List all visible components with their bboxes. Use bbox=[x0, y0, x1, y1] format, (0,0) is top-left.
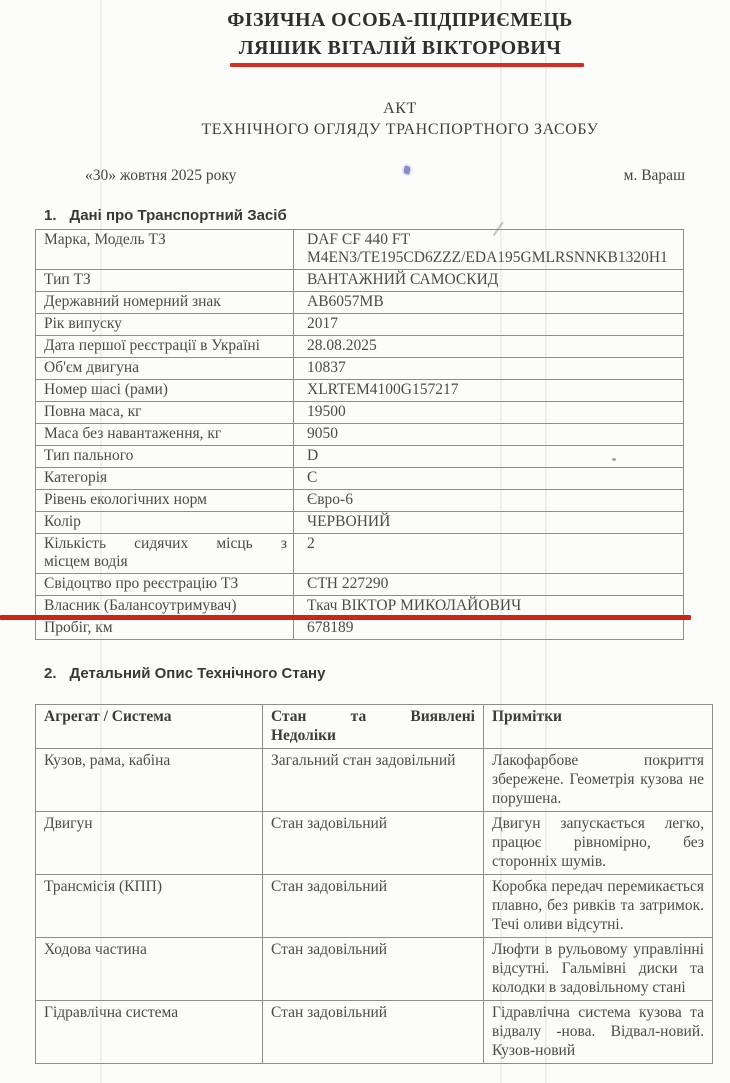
cell-system: Ходова частина bbox=[36, 938, 263, 1001]
cell-system: Гідравлічна система bbox=[36, 1001, 263, 1064]
row-label: Тип пального bbox=[36, 446, 294, 468]
cell-notes: Гідравлічна система кузова та відвалу -н… bbox=[484, 1001, 713, 1064]
row-value: 2 bbox=[294, 534, 684, 574]
col-header-condition: Стан та Виявлені Недоліки bbox=[263, 705, 484, 749]
row-label: Номер шасі (рами) bbox=[36, 380, 294, 402]
row-value: C bbox=[294, 468, 684, 490]
section2-title: Детальний Опис Технічного Стану bbox=[70, 664, 326, 684]
cell-notes: Двигун запускається легко, працює рівном… bbox=[484, 812, 713, 875]
table-header-row: Агрегат / Система Стан та Виявлені Недол… bbox=[36, 705, 713, 749]
cell-notes: Коробка передач перемикається плавно, бе… bbox=[484, 875, 713, 938]
row-value: 28.08.2025 bbox=[294, 336, 684, 358]
cell-condition: Стан задовільний bbox=[263, 938, 484, 1001]
row-label: Пробіг, км bbox=[36, 618, 294, 640]
row-label: Власник (Балансоутримувач) bbox=[36, 596, 294, 618]
section1-number: 1. bbox=[44, 206, 57, 226]
section1-heading: 1.Дані про Транспортний Засіб bbox=[44, 206, 730, 226]
col-header-condition-line2: Недоліки bbox=[271, 726, 475, 745]
table-row: Колір ЧЕРВОНИЙ bbox=[36, 512, 684, 534]
vehicle-vin-code: M4EN3/TE195CD6ZZZ/EDA195GMLRSNNKB1320H1 bbox=[307, 249, 677, 267]
letterhead-entrepreneur-name: ЛЯШИК ВІТАЛІЙ ВІКТОРОВИЧ bbox=[70, 36, 730, 60]
table-row: Маса без навантаження, кг 9050 bbox=[36, 424, 684, 446]
cell-notes: Люфти в рульовому управлінні відсутні. Г… bbox=[484, 938, 713, 1001]
vehicle-data-table: Марка, Модель ТЗ DAF CF 440 FT M4EN3/TE1… bbox=[35, 229, 684, 640]
letterhead-entrepreneur-type: ФІЗИЧНА ОСОБА-ПІДПРИЄМЕЦЬ bbox=[70, 8, 730, 32]
document-city: м. Вараш bbox=[624, 167, 685, 185]
table-row: Ходова частина Стан задовільний Люфти в … bbox=[36, 938, 713, 1001]
section2-number: 2. bbox=[44, 664, 57, 684]
document-title: АКТ ТЕХНІЧНОГО ОГЛЯДУ ТРАНСПОРТНОГО ЗАСО… bbox=[70, 98, 730, 140]
row-value: ВАНТАЖНИЙ САМОСКИД bbox=[294, 270, 684, 292]
row-value: 19500 bbox=[294, 402, 684, 424]
row-value: D bbox=[294, 446, 684, 468]
cell-condition: Стан задовільний bbox=[263, 1001, 484, 1064]
table-row: Пробіг, км 678189 bbox=[36, 618, 684, 640]
seats-label-line1: Кількість сидячих місць з bbox=[44, 535, 287, 553]
row-label: Дата першої реєстрації в Україні bbox=[36, 336, 294, 358]
scan-speck bbox=[612, 458, 616, 461]
row-label: Об'єм двигуна bbox=[36, 358, 294, 380]
scan-streak bbox=[545, 0, 547, 1083]
date-and-city-row: «30» жовтня 2025 року м. Вараш bbox=[0, 167, 730, 185]
cell-system: Кузов, рама, кабіна bbox=[36, 749, 263, 812]
row-label: Колір bbox=[36, 512, 294, 534]
table-row: Тип пального D bbox=[36, 446, 684, 468]
col-header-notes: Примітки bbox=[484, 705, 713, 749]
table-row: Рівень екологічних норм Євро-6 bbox=[36, 490, 684, 512]
cell-system: Двигун bbox=[36, 812, 263, 875]
scanned-document-page: ФІЗИЧНА ОСОБА-ПІДПРИЄМЕЦЬ ЛЯШИК ВІТАЛІЙ … bbox=[0, 0, 730, 1083]
row-value: АВ6057МВ bbox=[294, 292, 684, 314]
row-label: Тип ТЗ bbox=[36, 270, 294, 292]
cell-condition: Стан задовільний bbox=[263, 875, 484, 938]
table-row: Державний номерний знак АВ6057МВ bbox=[36, 292, 684, 314]
row-label: Маса без навантаження, кг bbox=[36, 424, 294, 446]
row-value: 10837 bbox=[294, 358, 684, 380]
cell-notes: Лакофарбове покриття збережене. Геометрі… bbox=[484, 749, 713, 812]
row-value: 678189 bbox=[294, 618, 684, 640]
document-title-line2: ТЕХНІЧНОГО ОГЛЯДУ ТРАНСПОРТНОГО ЗАСОБУ bbox=[70, 119, 730, 140]
red-underline-owner-row bbox=[0, 615, 691, 620]
table-row: Двигун Стан задовільний Двигун запускаєт… bbox=[36, 812, 713, 875]
cell-condition: Стан задовільний bbox=[263, 812, 484, 875]
table-row: Гідравлічна система Стан задовільний Гід… bbox=[36, 1001, 713, 1064]
row-value: 2017 bbox=[294, 314, 684, 336]
row-value: XLRTEM4100G157217 bbox=[294, 380, 684, 402]
scan-streak bbox=[100, 0, 102, 1083]
cell-system: Трансмісія (КПП) bbox=[36, 875, 263, 938]
document-date: «30» жовтня 2025 року bbox=[85, 167, 236, 185]
technical-condition-table: Агрегат / Система Стан та Виявлені Недол… bbox=[35, 704, 713, 1064]
row-label: Державний номерний знак bbox=[36, 292, 294, 314]
table-row: Категорія C bbox=[36, 468, 684, 490]
table-row: Кузов, рама, кабіна Загальний стан задов… bbox=[36, 749, 713, 812]
row-value: Євро-6 bbox=[294, 490, 684, 512]
table-row: Повна маса, кг 19500 bbox=[36, 402, 684, 424]
row-label: Кількість сидячих місць з місцем водія bbox=[36, 534, 294, 574]
row-label: Рівень екологічних норм bbox=[36, 490, 294, 512]
table-row: Номер шасі (рами) XLRTEM4100G157217 bbox=[36, 380, 684, 402]
table-row: Трансмісія (КПП) Стан задовільний Коробк… bbox=[36, 875, 713, 938]
letterhead: ФІЗИЧНА ОСОБА-ПІДПРИЄМЕЦЬ ЛЯШИК ВІТАЛІЙ … bbox=[70, 0, 730, 67]
table-row: Свідоцтво про реєстрацію ТЗ СТН 227290 bbox=[36, 574, 684, 596]
table-row: Кількість сидячих місць з місцем водія 2 bbox=[36, 534, 684, 574]
row-label: Категорія bbox=[36, 468, 294, 490]
document-title-line1: АКТ bbox=[70, 98, 730, 119]
table-row: Об'єм двигуна 10837 bbox=[36, 358, 684, 380]
table-row: Дата першої реєстрації в Україні 28.08.2… bbox=[36, 336, 684, 358]
row-label: Свідоцтво про реєстрацію ТЗ bbox=[36, 574, 294, 596]
red-underline-letterhead bbox=[230, 63, 584, 67]
row-value: DAF CF 440 FT M4EN3/TE195CD6ZZZ/EDA195GM… bbox=[294, 230, 684, 270]
section2-heading: 2.Детальний Опис Технічного Стану bbox=[44, 664, 730, 684]
row-value: ЧЕРВОНИЙ bbox=[294, 512, 684, 534]
scan-streak bbox=[500, 0, 502, 1083]
seats-label-line2: місцем водія bbox=[44, 553, 287, 571]
row-label: Марка, Модель ТЗ bbox=[36, 230, 294, 270]
row-value: СТН 227290 bbox=[294, 574, 684, 596]
row-label: Рік випуску bbox=[36, 314, 294, 336]
col-header-condition-line1: Стан та Виявлені bbox=[271, 707, 475, 726]
table-row: Рік випуску 2017 bbox=[36, 314, 684, 336]
owner-label: Власник (Балансоутримувач) bbox=[44, 597, 237, 614]
cell-condition: Загальний стан задовільний bbox=[263, 749, 484, 812]
row-label: Повна маса, кг bbox=[36, 402, 294, 424]
row-value: 9050 bbox=[294, 424, 684, 446]
section1-title: Дані про Транспортний Засіб bbox=[70, 206, 287, 226]
table-row: Тип ТЗ ВАНТАЖНИЙ САМОСКИД bbox=[36, 270, 684, 292]
table-row-owner: Власник (Балансоутримувач) Ткач ВІКТОР М… bbox=[36, 596, 684, 618]
col-header-system: Агрегат / Система bbox=[36, 705, 263, 749]
table-row: Марка, Модель ТЗ DAF CF 440 FT M4EN3/TE1… bbox=[36, 230, 684, 270]
